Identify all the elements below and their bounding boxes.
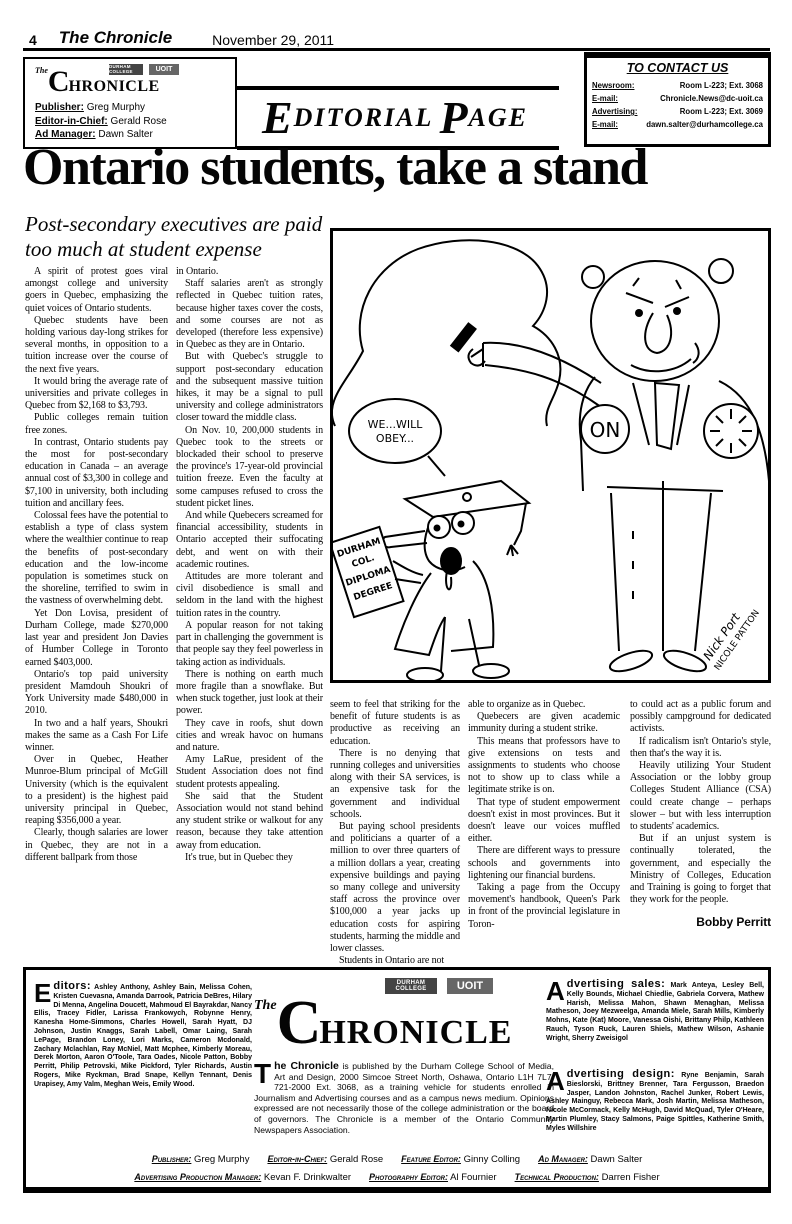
article-paragraph: able to organize as in Quebec.: [468, 699, 620, 711]
article-paragraph: But paying school presidents and politic…: [330, 821, 460, 955]
credit-item: Ad Manager: Dawn Salter: [538, 1154, 642, 1165]
credit-item: Publisher: Greg Murphy: [152, 1154, 250, 1165]
editors-dropcap: E: [34, 983, 51, 1004]
admin-hair-right: [709, 259, 733, 283]
article-paragraph: There are different ways to pressure sch…: [468, 845, 620, 882]
article-paragraph: It's true, but in Quebec they: [176, 852, 323, 864]
article-paragraph: Public colleges remain tuition free zone…: [25, 412, 168, 436]
cartoon-drawing: WE...WILL OBEY... DURH: [333, 231, 768, 680]
about-dropcap: T: [254, 1062, 271, 1086]
article-paragraph: They cave in roofs, shut down cities and…: [176, 718, 323, 755]
article-paragraph: But with Quebec's struggle to support po…: [176, 351, 323, 424]
about-lead: he Chronicle: [274, 1060, 339, 1072]
admin-head: [591, 261, 719, 381]
student-pupil-right: [458, 521, 465, 528]
logo-big-c: C: [277, 989, 320, 1057]
masthead-staff-row: Publisher: Greg Murphy: [35, 101, 167, 115]
about-text: is published by the Durham College Schoo…: [254, 1061, 554, 1135]
admin-hair-left: [582, 266, 604, 288]
article-column-4: able to organize as in Quebec.Quebecers …: [468, 699, 620, 931]
page-folio: 4 The Chronicle November 29, 2011: [23, 26, 770, 51]
ad-sales-label: dvertising sales:: [567, 978, 666, 990]
newspaper-page: 4 The Chronicle November 29, 2011 TheCHR…: [0, 0, 792, 1224]
credit-item: Technical Production: Darren Fisher: [515, 1172, 660, 1183]
marker: [451, 324, 475, 352]
contact-box: TO CONTACT US Newsroom: Room L-223; Ext.…: [584, 52, 771, 147]
admin-eye-left: [635, 309, 643, 317]
article-paragraph: But if an unjust system is continually t…: [630, 833, 771, 906]
article-column-3: seem to feel that striking for the benef…: [330, 699, 460, 967]
masthead-box: TheCHRONICLE DURHAM COLLEGE UOIT Publish…: [23, 57, 237, 149]
article-paragraph: Amy LaRue, president of the Student Asso…: [176, 754, 323, 791]
diploma-papers: DURHAM COL. DIPLOMA DEGREE: [333, 527, 403, 617]
speech-bubble-tail: [428, 456, 445, 476]
credit-item: Editor-in-Chief: Gerald Rose: [267, 1154, 383, 1165]
article-paragraph: Taking a page from the Occupy movement's…: [468, 882, 620, 931]
grad-cap: [405, 481, 529, 517]
article-paragraph: A spirit of protest goes viral amongst c…: [25, 266, 168, 315]
article-paragraph: On Nov. 10, 200,000 students in Quebec t…: [176, 425, 323, 510]
credits-row-1: Publisher: Greg MurphyEditor-in-Chief: G…: [26, 1154, 768, 1165]
chronicle-logotype-large: TheCHRONICLE: [254, 988, 554, 1059]
student-foot-right: [473, 664, 509, 678]
article-column-2: in Ontario.Staff salaries aren't as stro…: [176, 266, 323, 864]
masthead-staff-row: Editor-in-Chief: Gerald Rose: [35, 115, 167, 129]
article-paragraph: Quebecers are given academic immunity du…: [468, 711, 620, 735]
article-paragraph: A popular reason for not taking part in …: [176, 620, 323, 669]
ad-sales-block: Advertising sales: Mark Anteya, Lesley B…: [546, 980, 764, 1044]
paper-title: The Chronicle: [59, 28, 172, 48]
article-paragraph: in Ontario.: [176, 266, 323, 278]
editors-block: Editors: Ashley Anthony, Ashley Bain, Me…: [34, 982, 252, 1090]
admin-foot-left: [608, 647, 655, 676]
article-paragraph: If radicalism isn't Ontario's style, the…: [630, 736, 771, 760]
article-column-5-text: to could act as a public forum and possi…: [630, 699, 771, 906]
logo-the: The: [254, 998, 277, 1013]
editors-label: ditors:: [53, 980, 91, 992]
logo-rest: HRONICLE: [319, 1014, 512, 1051]
masthead-staff-list: Publisher: Greg MurphyEditor-in-Chief: G…: [35, 101, 167, 142]
on-button-label: ON: [590, 418, 621, 442]
byline: Bobby Perritt: [630, 916, 771, 928]
cap-tassel: [514, 503, 526, 545]
article-paragraph: This means that professors have to give …: [468, 736, 620, 797]
article-paragraph: And while Quebecers screamed for financi…: [176, 510, 323, 571]
ad-design-label: dvertising design:: [567, 1068, 675, 1080]
footer-center: DURHAM COLLEGE UOIT TheCHRONICLE The Chr…: [254, 976, 554, 1135]
article-paragraph: to could act as a public forum and possi…: [630, 699, 771, 736]
editors-names: Ashley Anthony, Ashley Bain, Melissa Coh…: [34, 984, 252, 1088]
blob-shape: [333, 240, 560, 426]
logo-big-c: C: [48, 65, 69, 98]
tassel-end: [507, 545, 518, 556]
article-paragraph: Staff salaries aren't as strongly reflec…: [176, 278, 323, 351]
contact-title: TO CONTACT US: [587, 61, 768, 75]
student-foot-left: [407, 668, 443, 680]
credit-item: Photography Editor: Al Fournier: [369, 1172, 497, 1183]
subhead: Post-secondary executives are paid too m…: [25, 212, 327, 262]
article-paragraph: Colossal fees have the potential to esta…: [25, 510, 168, 608]
credit-item: Advertising Production Manager: Kevan F.…: [134, 1172, 351, 1183]
article-paragraph: That type of student empowerment doesn't…: [468, 797, 620, 846]
banner-letter-e: E: [262, 98, 293, 138]
student-legs: [441, 617, 479, 671]
speech-text-line1: WE...WILL: [368, 418, 424, 431]
banner-age: AGE: [469, 103, 528, 133]
speech-text-line2: OBEY...: [376, 432, 414, 445]
article-paragraph: There is no denying that running college…: [330, 748, 460, 821]
student-pupil-left: [434, 525, 441, 532]
issue-date: November 29, 2011: [212, 32, 334, 48]
ad-sales-names: Mark Anteya, Lesley Bell, Kelly Bounds, …: [546, 982, 764, 1042]
student-nose: [382, 531, 427, 547]
logo-rest: HRONICLE: [69, 78, 160, 95]
editorial-cartoon: WE...WILL OBEY... DURH: [330, 228, 771, 683]
admin-eye-right: [673, 307, 681, 315]
contact-row: E-mail: Chronicle.News@dc-uoit.ca: [587, 92, 768, 105]
durham-college-logo-icon: DURHAM COLLEGE: [109, 64, 143, 75]
article-paragraph: She said that the Student Association wo…: [176, 791, 323, 852]
student-mouth: [441, 548, 461, 574]
speech-bubble: [349, 399, 441, 463]
contact-row: Advertising: Room L-223; Ext. 3069: [587, 105, 768, 118]
school-logos: DURHAM COLLEGE UOIT: [109, 64, 179, 75]
ad-design-names: Ryne Benjamin, Sarah Bieslorski, Brittne…: [546, 1072, 764, 1132]
article-paragraph: Yet Don Lovisa, president of Durham Coll…: [25, 608, 168, 669]
article-paragraph: Clearly, though salaries are lower in Qu…: [25, 827, 168, 864]
article-paragraph: Over in Quebec, Heather Munroe-Blum prin…: [25, 754, 168, 827]
credit-item: Feature Editor: Ginny Colling: [401, 1154, 520, 1165]
page-number: 4: [29, 32, 37, 48]
credits-row-2: Advertising Production Manager: Kevan F.…: [26, 1172, 768, 1183]
article-paragraph: Heavily utilizing Your Student Associati…: [630, 760, 771, 833]
article-paragraph: Ontario's top paid university president …: [25, 669, 168, 718]
ad-design-dropcap: A: [546, 1071, 565, 1092]
cartoonist-signature: Nick Port NICOLE PATTON: [699, 599, 762, 673]
article-paragraph: Students in Ontario are not: [330, 955, 460, 967]
student-gown-left: [395, 573, 445, 655]
publication-info: The Chronicle is published by the Durham…: [254, 1061, 554, 1135]
article-paragraph: Quebec students have been holding variou…: [25, 315, 168, 376]
contact-row: Newsroom: Room L-223; Ext. 3068: [587, 79, 768, 92]
contact-rows: Newsroom: Room L-223; Ext. 3068 E-mail: …: [587, 79, 768, 131]
article-paragraph: seem to feel that striking for the benef…: [330, 699, 460, 748]
banner-ditorial: DITORIAL: [294, 103, 434, 133]
admin-foot-right: [662, 647, 709, 676]
admin-tie: [655, 383, 679, 449]
admin-legs: [607, 481, 723, 651]
ad-design-block: Advertising design: Ryne Benjamin, Sarah…: [546, 1070, 764, 1134]
article-paragraph: There is nothing on earth much more frag…: [176, 669, 323, 718]
article-paragraph: It would bring the average rate of unive…: [25, 376, 168, 413]
footer-box: Editors: Ashley Anthony, Ashley Bain, Me…: [23, 967, 771, 1193]
contact-row: E-mail: dawn.salter@durhamcollege.ca: [587, 118, 768, 131]
article-column-5: to could act as a public forum and possi…: [630, 699, 771, 929]
student-arm: [393, 561, 423, 583]
logo-the: The: [35, 66, 48, 75]
article-paragraph: Attitudes are more tolerant and civil di…: [176, 571, 323, 620]
article-column-1: A spirit of protest goes viral amongst c…: [25, 266, 168, 864]
banner-letter-p: P: [439, 98, 467, 138]
ad-sales-dropcap: A: [546, 981, 565, 1002]
article-paragraph: In contrast, Ontario students pay the mo…: [25, 437, 168, 510]
uoit-logo-icon: UOIT: [149, 64, 179, 75]
headline: Ontario students, take a stand: [23, 138, 771, 197]
article-paragraph: In two and a half years, Shoukri makes t…: [25, 718, 168, 755]
